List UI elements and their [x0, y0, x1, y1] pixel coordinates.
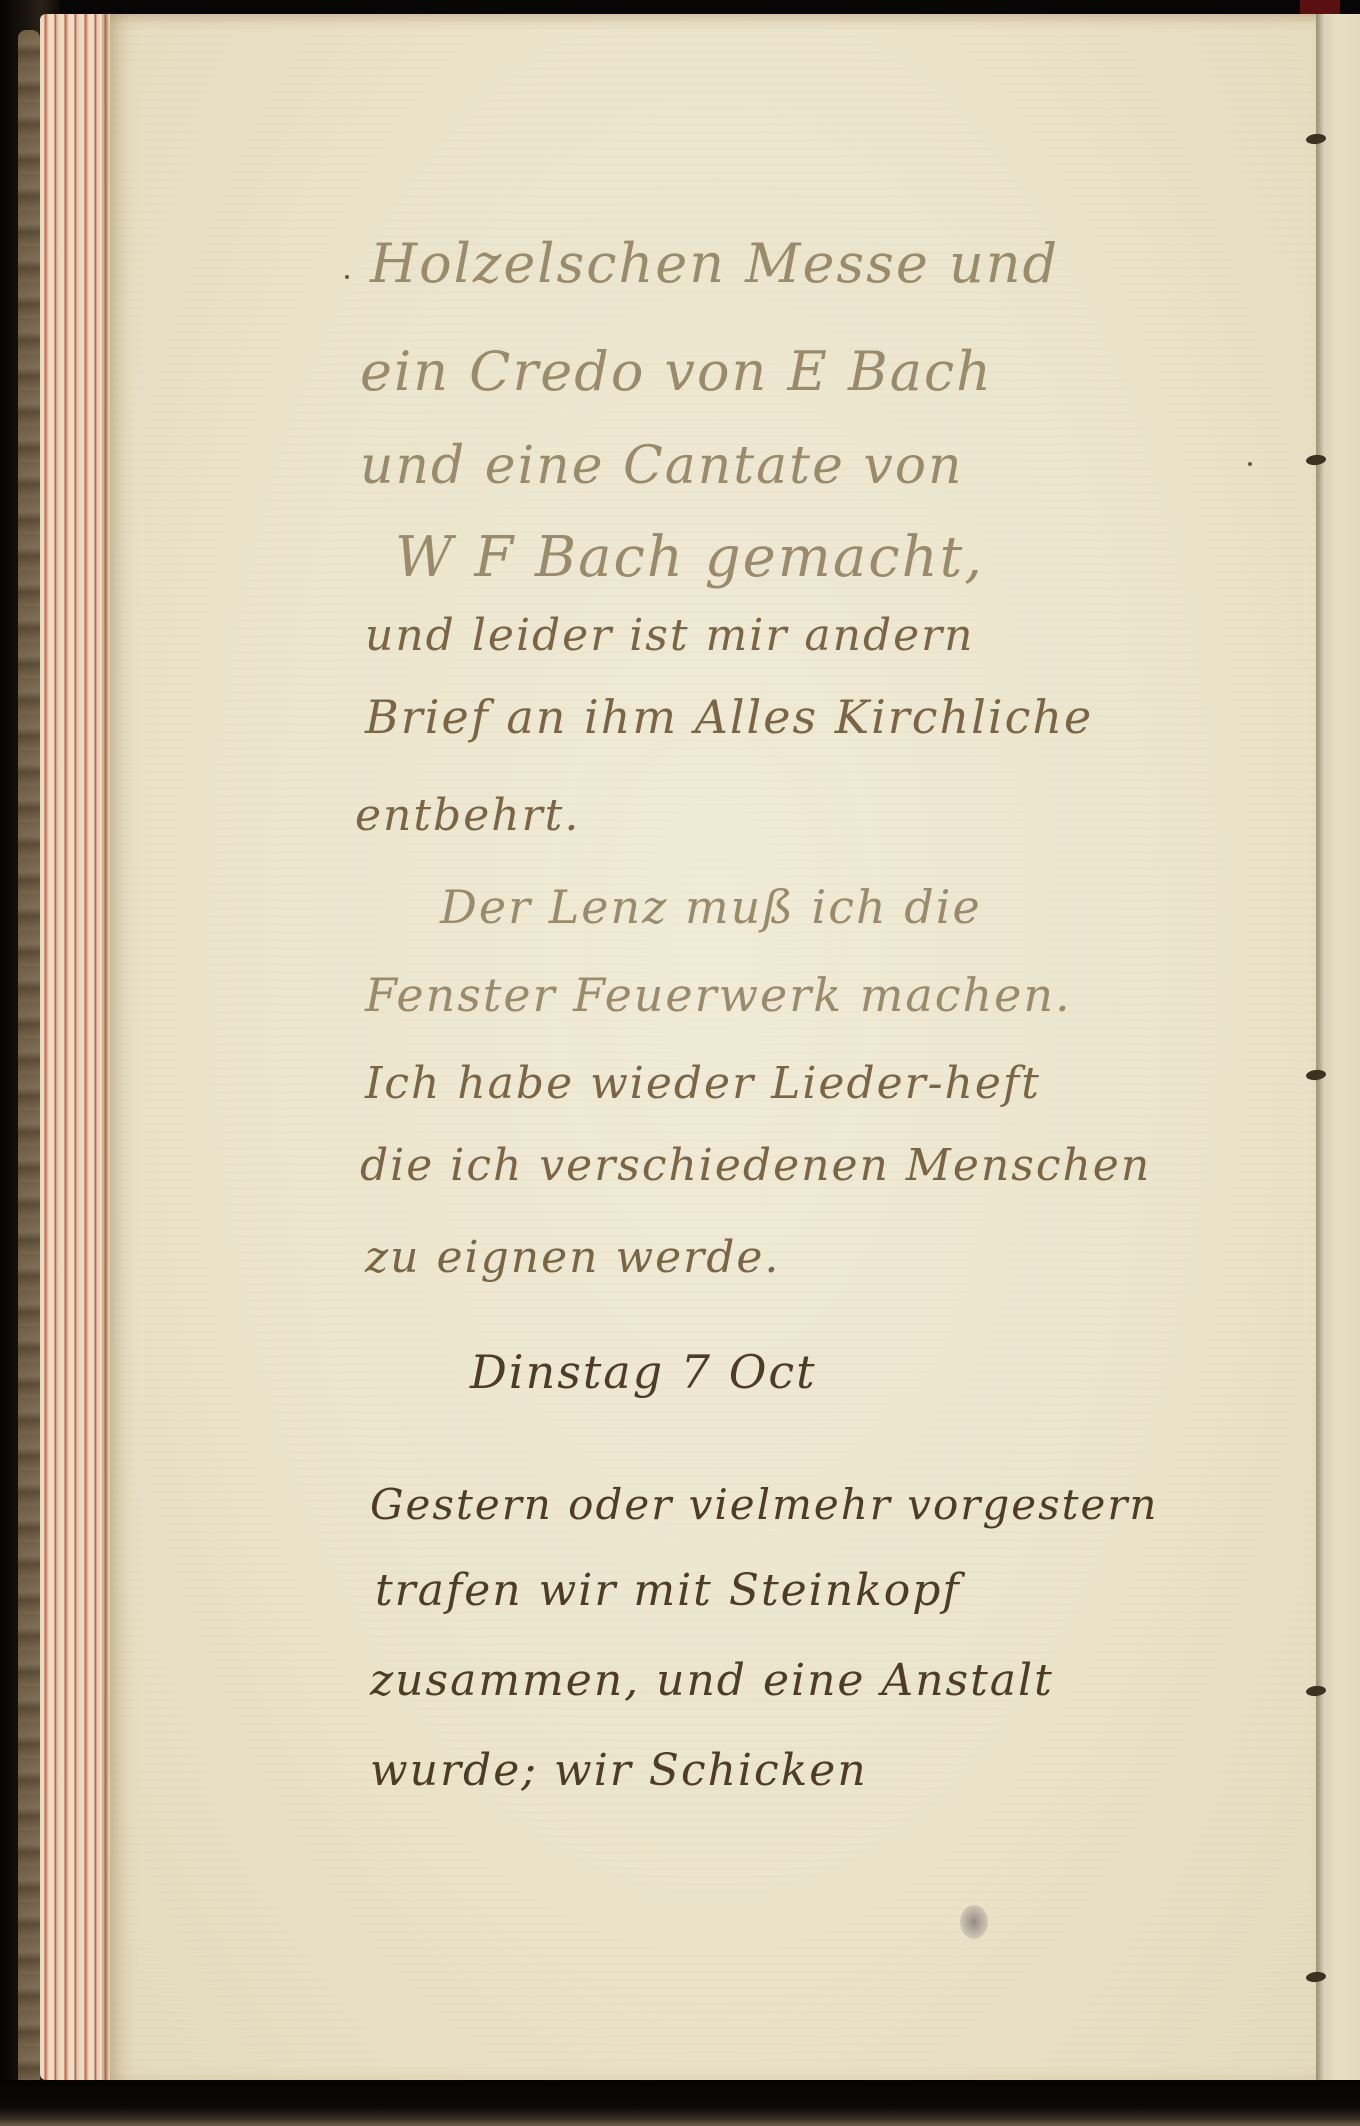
text-line: Fenster Feuerwerk machen. — [365, 968, 1072, 1022]
text-line: die ich verschiedenen Menschen — [360, 1140, 1151, 1191]
text-line: ein Credo von E Bach — [360, 340, 993, 403]
text-line: Der Lenz muß ich die — [440, 880, 982, 934]
text-line: Brief an ihm Alles Kirchliche — [365, 690, 1093, 744]
text-line: zusammen, und eine Anstalt — [370, 1655, 1054, 1706]
text-line: Holzelschen Messe und — [370, 232, 1059, 295]
text-line: trafen wir mit Steinkopf — [375, 1565, 961, 1616]
manuscript-scan: Holzelschen Messe und ein Credo von E Ba… — [0, 0, 1360, 2126]
text-line: entbehrt. — [355, 790, 580, 841]
text-line: zu eignen werde. — [365, 1232, 780, 1283]
handwritten-text: Holzelschen Messe und ein Credo von E Ba… — [0, 0, 1360, 2126]
text-line: Ich habe wieder Lieder-heft — [365, 1058, 1041, 1109]
text-line: Gestern oder vielmehr vorgestern — [370, 1480, 1158, 1529]
entry-date-heading: Dinstag 7 Oct — [470, 1345, 817, 1399]
text-line: wurde; wir Schicken — [370, 1745, 868, 1796]
text-line: und leider ist mir andern — [365, 610, 975, 661]
text-line: und eine Cantate von — [360, 436, 964, 496]
text-line: W F Bach gemacht, — [395, 525, 984, 590]
